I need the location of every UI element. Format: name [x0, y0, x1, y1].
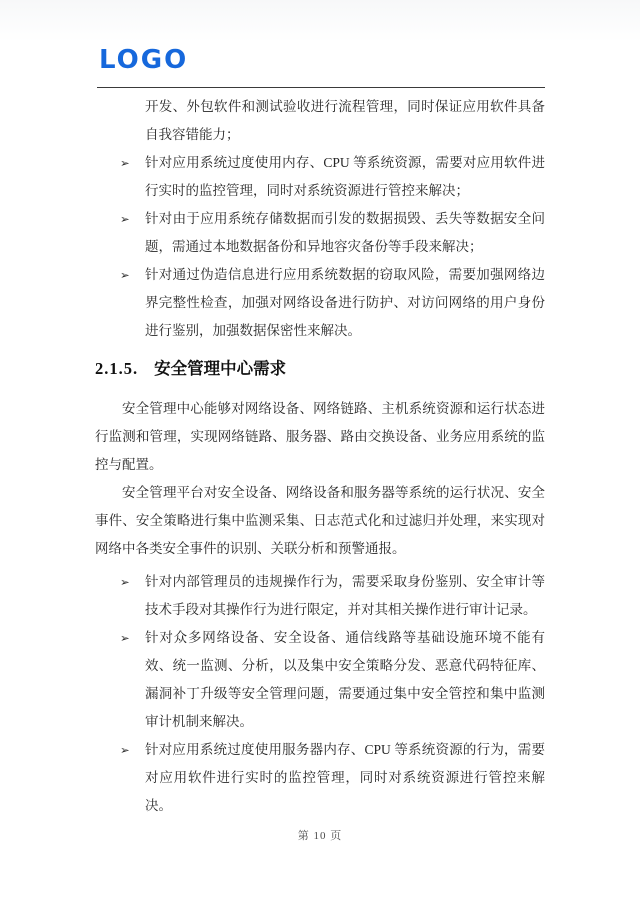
list-item: ➢ 针对内部管理员的违规操作行为，需要采取身份鉴别、安全审计等技术手段对其操作行…: [95, 568, 545, 624]
bullet-arrow-icon: ➢: [120, 149, 145, 205]
list-item: ➢ 针对众多网络设备、安全设备、通信线路等基础设施环境不能有效、统一监测、分析，…: [95, 624, 545, 736]
bullet-arrow-icon: ➢: [120, 261, 145, 345]
list-item-text: 针对众多网络设备、安全设备、通信线路等基础设施环境不能有效、统一监测、分析，以及…: [145, 624, 545, 736]
bullet-arrow-icon: ➢: [120, 568, 145, 624]
list-item: ➢ 针对应用系统过度使用服务器内存、CPU 等系统资源的行为，需要对应用软件进行…: [95, 736, 545, 820]
document-page: LOGO 开发、外包软件和测试验收进行流程管理，同时保证应用软件具备自我容错能力…: [0, 0, 640, 906]
list-item-text: 针对内部管理员的违规操作行为，需要采取身份鉴别、安全审计等技术手段对其操作行为进…: [145, 568, 545, 624]
page-number: 第 10 页: [0, 827, 640, 845]
bullet-list: ➢ 针对内部管理员的违规操作行为，需要采取身份鉴别、安全审计等技术手段对其操作行…: [95, 568, 545, 820]
list-item: ➢ 针对应用系统过度使用内存、CPU 等系统资源，需要对应用软件进行实时的监控管…: [95, 149, 545, 205]
bullet-arrow-icon: ➢: [120, 736, 145, 820]
header-rule: [97, 87, 545, 88]
list-item: ➢ 针对通过伪造信息进行应用系统数据的窃取风险，需要加强网络边界完整性检查，加强…: [95, 261, 545, 345]
document-body: 开发、外包软件和测试验收进行流程管理，同时保证应用软件具备自我容错能力； ➢ 针…: [95, 93, 545, 820]
bullet-continuation-text: 开发、外包软件和测试验收进行流程管理，同时保证应用软件具备自我容错能力；: [145, 93, 545, 149]
list-item-text: 针对应用系统过度使用内存、CPU 等系统资源，需要对应用软件进行实时的监控管理，…: [145, 149, 545, 205]
bullet-arrow-icon: ➢: [120, 624, 145, 736]
list-item-text: 针对由于应用系统存储数据而引发的数据损毁、丢失等数据安全问题，需通过本地数据备份…: [145, 205, 545, 261]
paragraph: 安全管理平台对安全设备、网络设备和服务器等系统的运行状况、安全事件、安全策略进行…: [95, 479, 545, 563]
company-logo: LOGO: [99, 45, 188, 75]
section-title: 安全管理中心需求: [154, 359, 286, 378]
list-item-text: 针对应用系统过度使用服务器内存、CPU 等系统资源的行为，需要对应用软件进行实时…: [145, 736, 545, 820]
paragraph: 安全管理中心能够对网络设备、网络链路、主机系统资源和运行状态进行监测和管理，实现…: [95, 395, 545, 479]
list-item: ➢ 针对由于应用系统存储数据而引发的数据损毁、丢失等数据安全问题，需通过本地数据…: [95, 205, 545, 261]
bullet-arrow-icon: ➢: [120, 205, 145, 261]
section-number: 2.1.5.: [95, 359, 138, 378]
list-item-text: 针对通过伪造信息进行应用系统数据的窃取风险，需要加强网络边界完整性检查，加强对网…: [145, 261, 545, 345]
section-heading: 2.1.5.安全管理中心需求: [95, 354, 545, 384]
